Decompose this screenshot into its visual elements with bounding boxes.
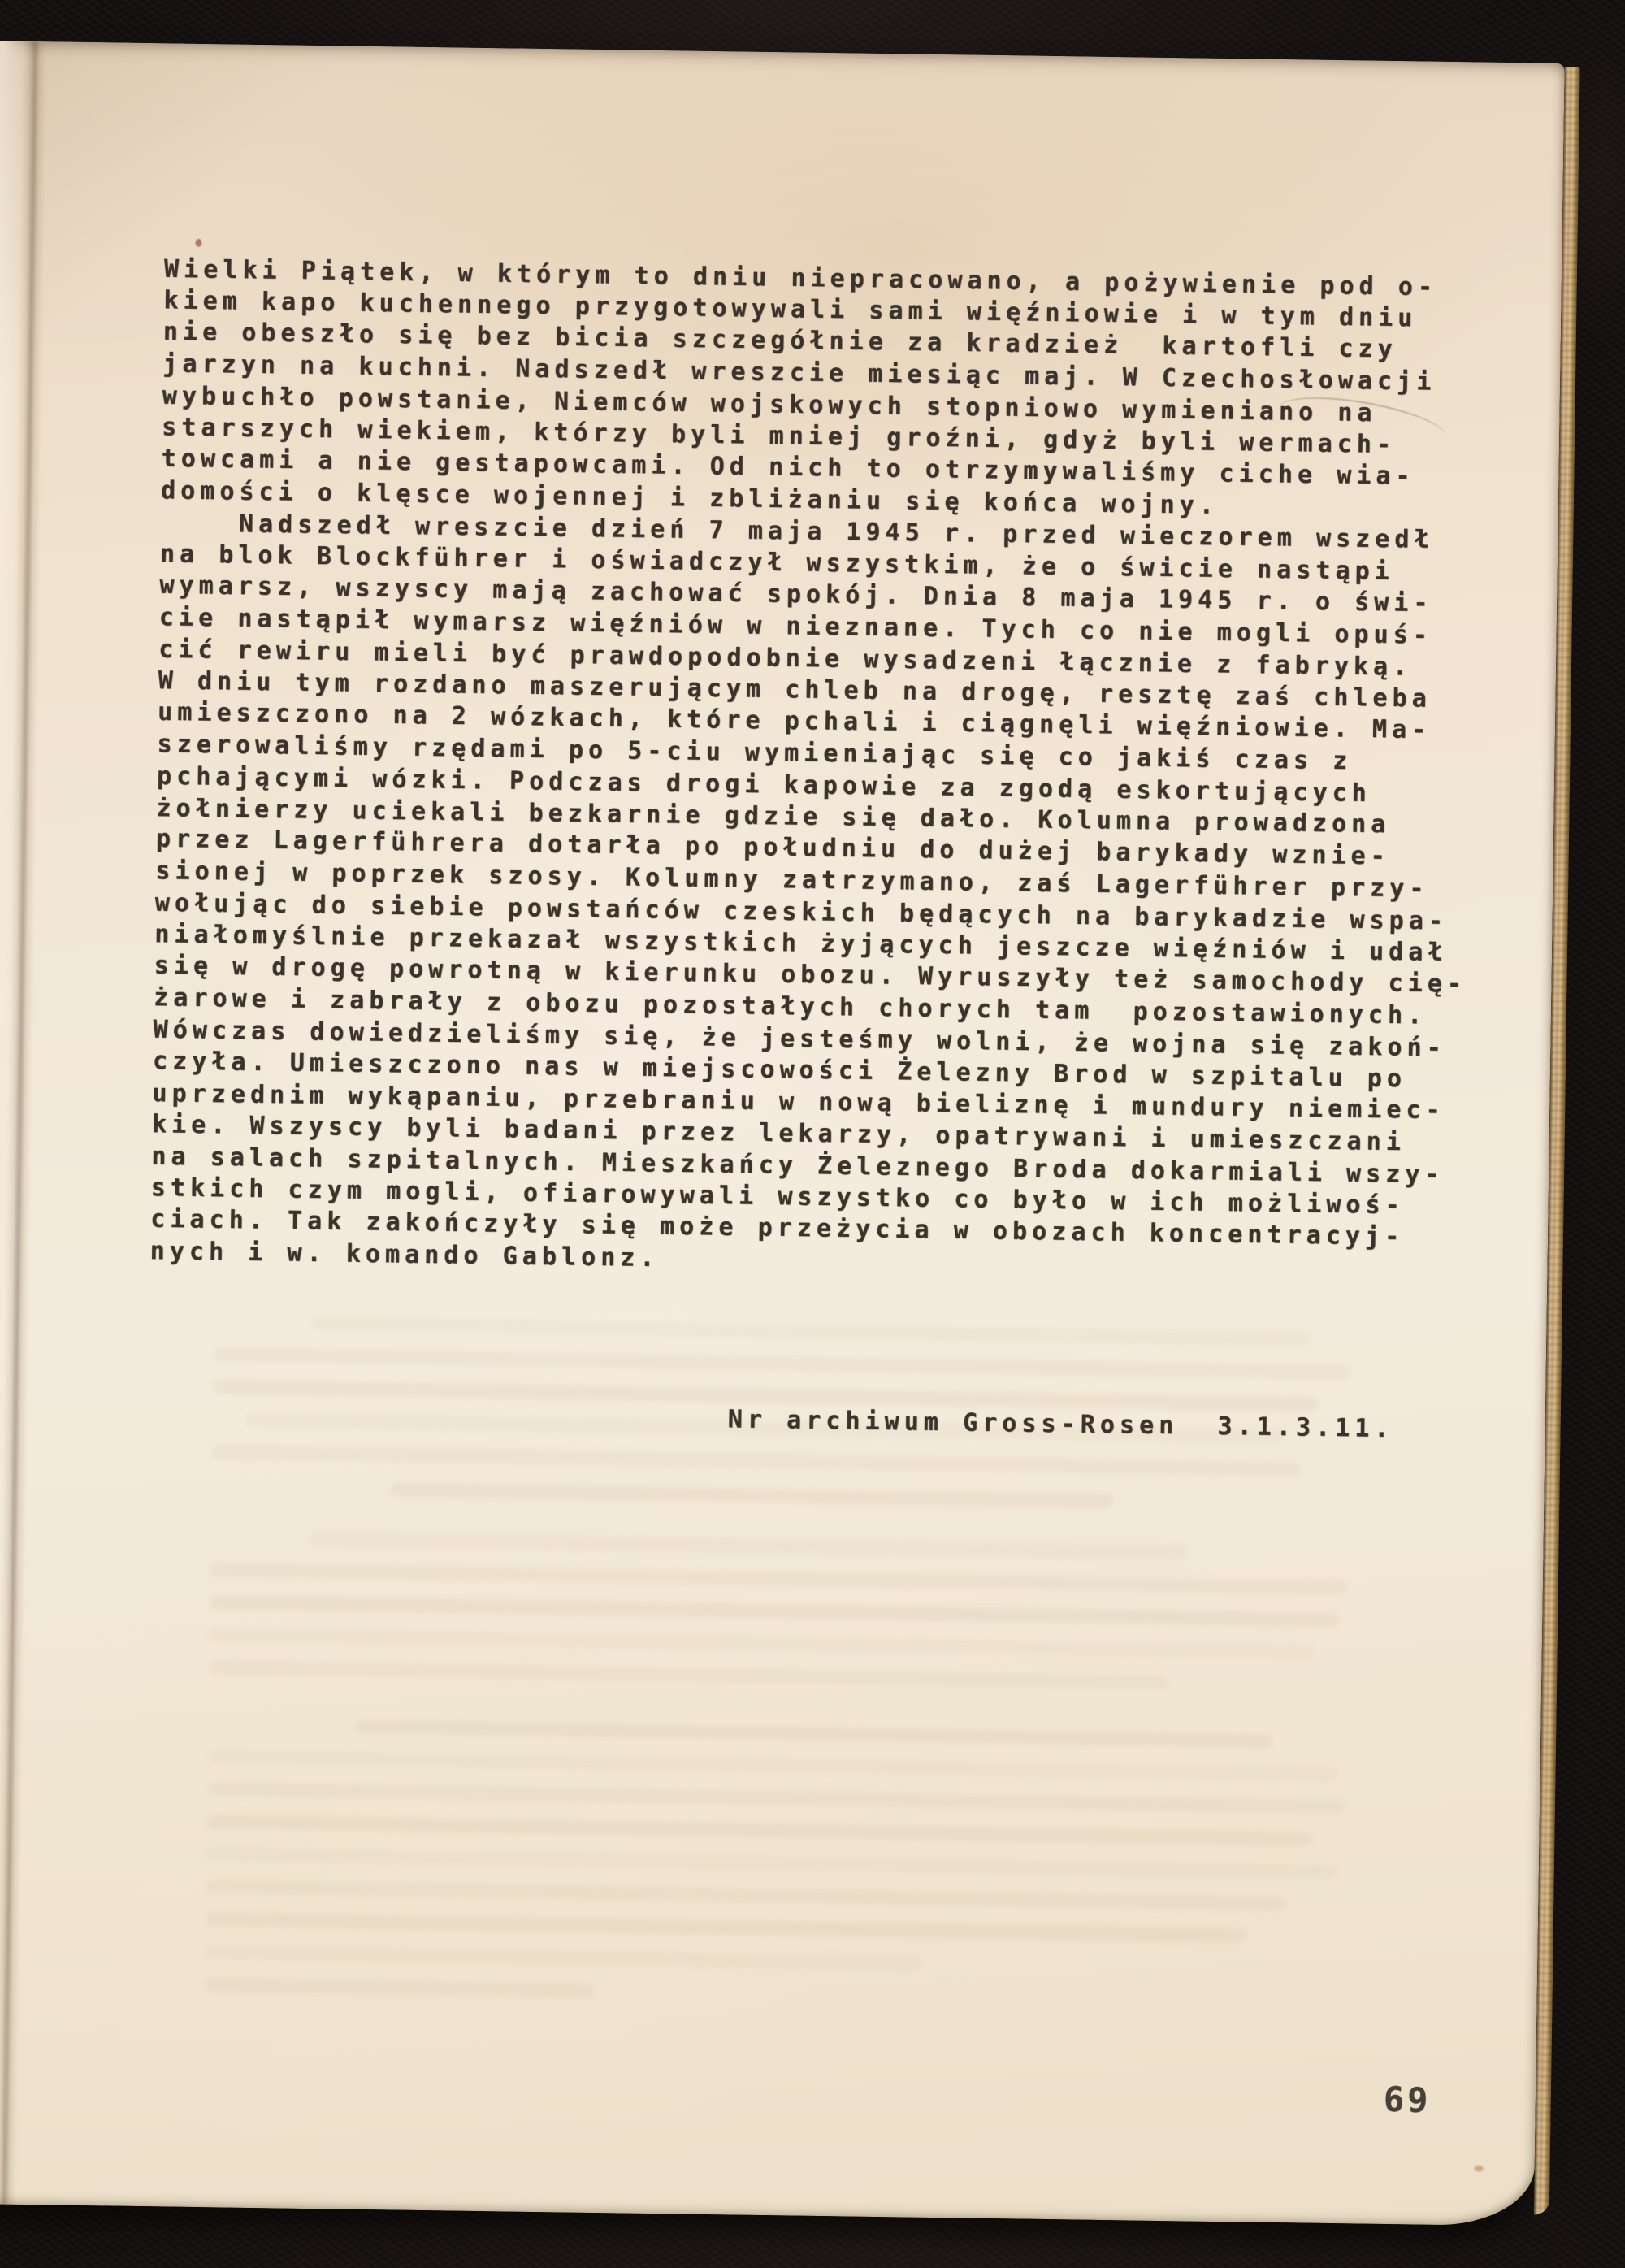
book-page: Wielki Piątek, w którym to dniu niepraco… (0, 41, 1565, 2227)
bleed-through-row (354, 1719, 1273, 1748)
bleed-through-row (207, 1750, 1337, 1781)
bleed-through-row (209, 1660, 1168, 1689)
page-edge-stack (1534, 67, 1580, 2215)
bleed-through-row (206, 1880, 1287, 1910)
bleed-through-row (206, 1815, 1312, 1846)
typewritten-text: Wielki Piątek, w którym to dniu niepraco… (146, 189, 1530, 1510)
bleed-through-row (308, 1532, 1186, 1559)
bleed-through-row (206, 1847, 1337, 1879)
scanned-photo: Wielki Piątek, w którym to dniu niepraco… (0, 0, 1625, 2268)
archive-number-line: Nr archiwum Gross-Rosen 3.1.3.11. (728, 1403, 1513, 1446)
paper-stain (1475, 2166, 1484, 2172)
bleed-through-row (210, 1563, 1349, 1594)
page-number: 69 (1384, 2083, 1432, 2118)
bleed-through-row (207, 1782, 1345, 1814)
bleed-through-row (205, 1945, 921, 1970)
bleed-through-row (205, 1912, 1246, 1943)
bleed-through-row (204, 1978, 595, 1998)
bleed-through-row (209, 1628, 1315, 1659)
bleed-through-row (210, 1595, 1340, 1627)
